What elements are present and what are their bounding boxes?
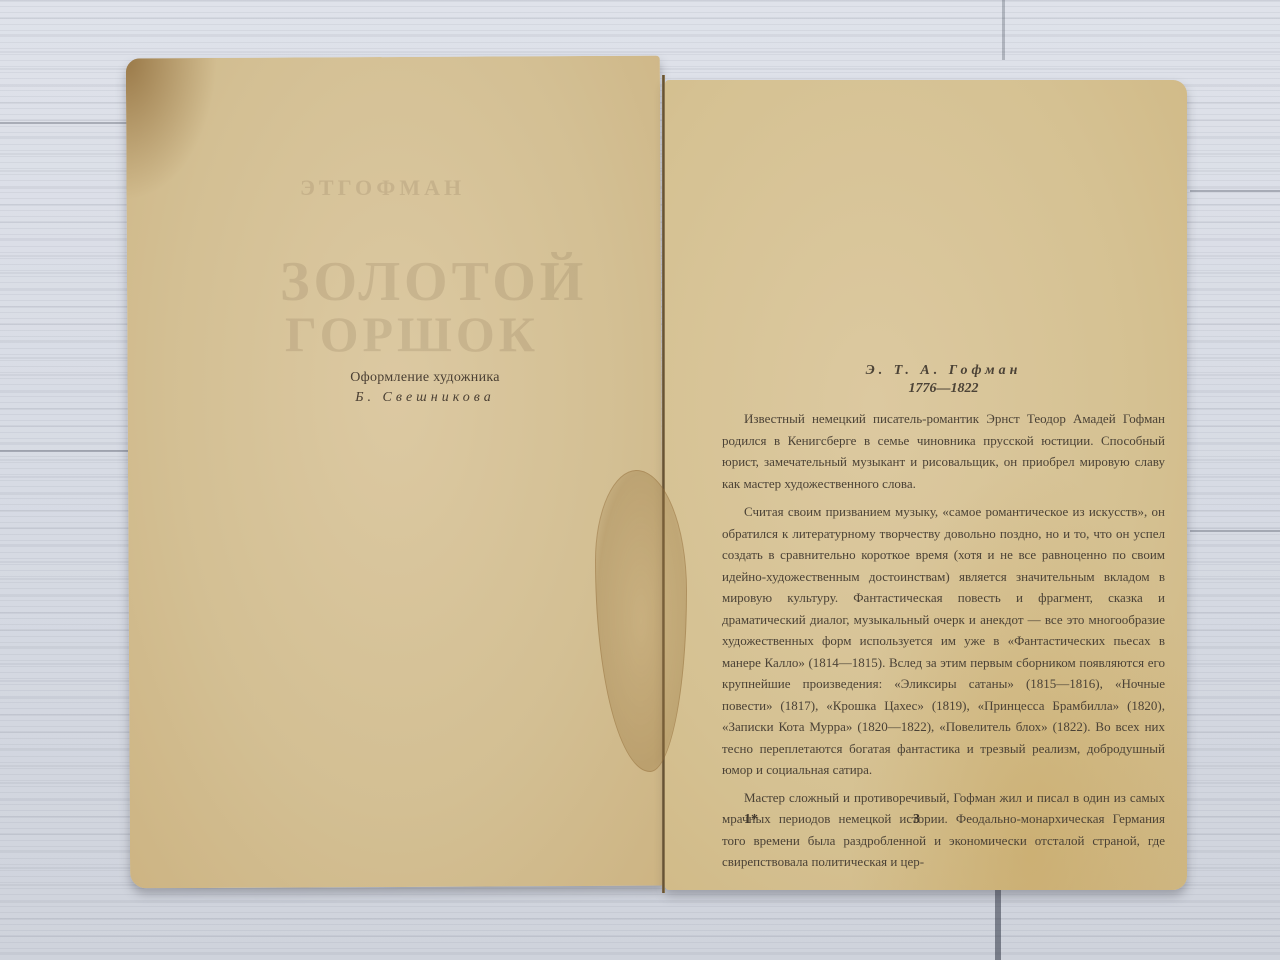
author-title: Э. Т. А. Гофман xyxy=(722,362,1165,380)
author-years: 1776—1822 xyxy=(722,380,1165,398)
credit-artist: Б. Свешникова xyxy=(300,388,550,408)
plank-gap xyxy=(1002,0,1005,60)
plank-seam xyxy=(1190,530,1280,532)
plank-seam xyxy=(0,450,140,452)
credit-role: Оформление художника xyxy=(300,368,550,388)
plank-seam xyxy=(0,122,140,124)
plank-gap xyxy=(995,888,1001,960)
show-through-text: ГОРШОК xyxy=(285,305,539,363)
paragraph: Мастер сложный и противоречивый, Гофман … xyxy=(722,787,1165,873)
paragraph: Считая своим призванием музыку, «самое р… xyxy=(722,501,1165,781)
book-gutter xyxy=(662,75,665,893)
illustrator-credit: Оформление художника Б. Свешникова xyxy=(300,368,550,408)
show-through-text: ЭТГОФМАН xyxy=(300,175,465,201)
plank-seam xyxy=(1190,190,1280,192)
paragraph: Известный немецкий писатель-романтик Эрн… xyxy=(722,408,1165,494)
biography-text: Э. Т. А. Гофман 1776—1822 Известный неме… xyxy=(722,362,1165,880)
signature-mark: 1* xyxy=(744,812,758,828)
page-number: 3 xyxy=(913,812,920,828)
